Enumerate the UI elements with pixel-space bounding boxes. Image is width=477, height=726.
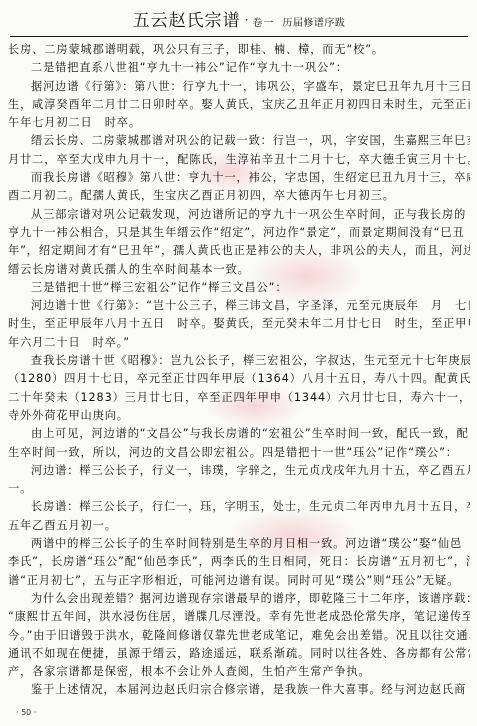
- text-line: 今。”由于旧谱毁于洪水，乾隆间修谱仅靠先世老成笔记，难免会出差错。况且以往交通、: [8, 627, 470, 645]
- text-line: 月廿二，卒至大戊申九月十一，配陈氏，生淳祐辛丑十二月十七，卒大德壬寅三月十七。: [8, 151, 470, 169]
- page-number: · 50 ·: [16, 708, 36, 717]
- text-line: 长房谱：榉三公长子，行仁一，珏，字明玉，处士，生元贞二年丙申九月十五日，卒至正: [8, 498, 470, 516]
- text-line: 生，咸淳癸酉年二月廿二日卯时卒。娶人黄氏，宝庆乙丑年正月初四日未时生，元至正丙: [8, 96, 470, 114]
- text-line: 据河边谱《行第》：第八世：行亨九十一，讳巩公，字盛车，景定巳丑年九月十三日午时: [8, 78, 470, 96]
- section-label: 历届修谱序跋: [282, 18, 345, 29]
- text-line: （1280）四月十七日，卒元至正廿四年甲辰（1364）八月十五日，寿八十四。配黄…: [8, 370, 470, 388]
- text-line: 生卒时间一致，所以，河边的文昌公即宏祖公。四是错把十一世“珏公”记作“璞公”：: [8, 444, 470, 462]
- text-line: 查我长房谱十世《昭穆》：岂九公长子，榉三宏祖公，字叔达，生元至元十七年庚辰: [8, 352, 470, 370]
- text-line: 鉴于上述情况，本届河边赵氏归宗合修宗谱，是我族一件大喜事。经与河边赵氏商: [8, 681, 470, 699]
- text-line: 二是错把直系八世祖“亨九十一袆公”记作“亨九十一巩公”：: [8, 59, 470, 77]
- text-line: “康熙廿五年间，洪水浸伤住居，谱牒几尽湮没。幸有先世老成恐伦常失序，笔记递传至: [8, 608, 470, 626]
- page-header: 五云赵氏宗谱·卷一历届修谱序跋: [10, 6, 468, 37]
- text-line: 缙云长房、二房蒙城郡谱对巩公的记载一致：行岂一，巩，字安国，生嘉熙三年巳亥五: [8, 132, 470, 150]
- text-line: 年”，绍定期间才有“巳丑年”，孺人黄氏也正是袆公的夫人，非巩公的夫人，而且，河边…: [8, 242, 470, 260]
- book-title: 五云赵氏宗谱: [133, 11, 241, 31]
- text-line: 两谱中的榉三公长子的生卒时间特别是生卒的月日相一致。河边谱“璞公”娶“仙邑: [8, 535, 470, 553]
- volume-label: 卷一: [252, 18, 274, 29]
- text-line: 五年乙酉五月初一。: [8, 517, 470, 535]
- text-line: 产，各家宗谱都是保密，根本不会让外人查阅，生怕产生常产争执。: [8, 663, 470, 681]
- text-line: 三是错把十世“榉三宏祖公”记作“榉三文昌公”：: [8, 279, 470, 297]
- text-line: 通讯不如现在便捷，虽源于缙云，路途遥远，联系渐疏。同时以往各姓、各房都有公常常: [8, 645, 470, 663]
- text-line: 午年七月初二日 时卒。: [8, 114, 470, 132]
- text-line: 二十年癸未（1283）三月廿七日，卒至正四年甲申（1344）六月廿七日，寿六十一…: [8, 389, 470, 407]
- text-line: 由上可见，河边谱的“文昌公”与我长房谱的“宏祖公”生卒时间一致，配氏一致，配氏: [8, 425, 470, 443]
- text-line: 为什么会出现差错？据河边谱现存宗谱最早的谱序，即乾隆三十二年序，该谱序载：: [8, 590, 470, 608]
- text-line: 谱“正月初七”，五与正字形相近，可能河边谱有误。同时可见“璞公”则“珏公”无疑。: [8, 572, 470, 590]
- text-line: 而我长房谱《昭穆》第八世：亨九十一，袆公，字忠国，生绍定巳丑九月十三，卒咸淳癸: [8, 169, 470, 187]
- text-line: 时生，至正甲辰年八月十五日 时卒。娶黄氏，至元癸未年二月廿七日 时生，至正甲申: [8, 315, 470, 333]
- text-line: 长房、二房蒙城郡谱明载，巩公只有三子，即桂、楠、樟，而无“校”。: [8, 41, 470, 59]
- text-line: 一。: [8, 480, 470, 498]
- body-text: 长房、二房蒙城郡谱明载，巩公只有三子，即桂、楠、樟，而无“校”。二是错把直系八世…: [8, 41, 470, 700]
- text-line: 年六月二十日 时卒。”: [8, 334, 470, 352]
- text-line: 缙云长房谱对黄氏孺人的生卒时间基本一致。: [8, 261, 470, 279]
- text-line: 李氏”，长房谱“珏公”配“仙邑李氏”，两李氏的生日相同，死日：长房谱“五月初七”…: [8, 553, 470, 571]
- text-line: 河边谱十世《行第》：“岂十公三子，榉三讳文昌，字圣泽，元至元庚辰年 月 七日申: [8, 297, 470, 315]
- text-line: 从三部宗谱对巩公记载发现，河边谱所记的亨九十一巩公生卒时间，正与我长房的: [8, 206, 470, 224]
- text-line: 亨九十一袆公相合，只是其生年缙云作“绍定”，河边作“景定”，而景定期间没有“巳丑: [8, 224, 470, 242]
- header-separator: ·: [245, 13, 249, 27]
- text-line: 河边谱：榉三公长子，行义一，讳璞，字骍之，生元贞戊戌年九月十五，卒乙酉五月初: [8, 462, 470, 480]
- text-line: 寺外外荷花甲山庚向。: [8, 407, 470, 425]
- text-line: 酉二月初二。配孺人黄氏，生宝庆乙酉正月初四，卒大德丙午七月初三。: [8, 187, 470, 205]
